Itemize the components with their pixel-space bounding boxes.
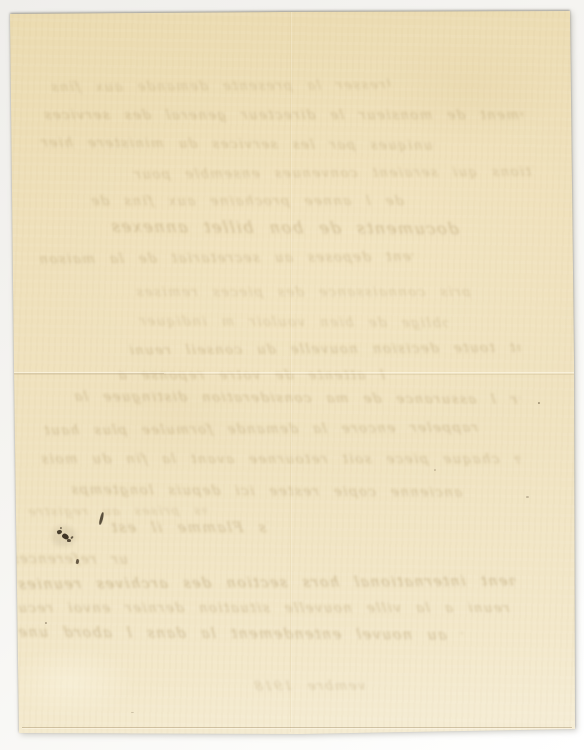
showthrough-line: notes prises au registre xyxy=(27,503,207,524)
showthrough-line: apres avoir pris connaissance des pieces… xyxy=(135,285,470,305)
ink-speck xyxy=(52,526,76,546)
showthrough-line: pour la duree de l annee prochaine aux f… xyxy=(90,194,410,214)
showthrough-line: dans l attente de votre reponse a xyxy=(117,368,389,388)
showthrough-line: Jaguar au nouvel entendement la dans l a… xyxy=(17,624,462,647)
showthrough-line: pour references xyxy=(10,552,130,573)
showthrough-line: lesquels demeurent deposes au secretaria… xyxy=(38,250,413,273)
letter-paper: me permets de vous adresser la presente … xyxy=(0,0,584,750)
showthrough-line: je vous serais oblige de bien vouloir m … xyxy=(138,314,448,336)
ink-speck xyxy=(98,512,104,525)
showthrough-line: me permets de vous adresser la presente … xyxy=(50,78,390,100)
vertical-fold-crease xyxy=(290,12,292,732)
scan-background: me permets de vous adresser la presente … xyxy=(0,0,584,750)
showthrough-line: ancien bureau department international h… xyxy=(17,573,515,596)
showthrough-line: parvenu avant toute decision nouvelle du… xyxy=(128,341,520,364)
ink-speck xyxy=(45,622,47,624)
ink-speck xyxy=(70,536,74,540)
ink-speck xyxy=(76,559,80,564)
showthrough-line: suivant les conditions qui seraient conv… xyxy=(133,165,533,188)
ink-speck xyxy=(526,496,529,498)
horizontal-fold-crease xyxy=(14,372,574,375)
showthrough-line: veuillez agreer monsieur l assurance de … xyxy=(73,389,520,412)
ink-speck xyxy=(56,529,62,534)
ink-speck xyxy=(538,402,540,404)
showthrough-line: de grande ancienne copie restee ici depu… xyxy=(70,483,470,506)
ink-speck xyxy=(61,533,70,541)
ink-speck xyxy=(131,712,134,713)
showthrough-text-layer: me permets de vous adresser la presente … xyxy=(0,0,584,750)
showthrough-line: mais Flamme il est xyxy=(110,520,268,540)
showthrough-line: permettez moi de rappeler encore la dema… xyxy=(43,420,480,443)
ink-speck xyxy=(434,469,436,471)
showthrough-line: concernant les dispositions du reglement… xyxy=(43,108,523,128)
showthrough-line: il conviendrait toutefois que chaque pie… xyxy=(40,452,520,472)
showthrough-line: renseignements communiques par les servi… xyxy=(40,136,435,159)
ink-marks-layer xyxy=(0,0,584,750)
showthrough-line: secretariat reuni a la ville nouvelle si… xyxy=(17,601,514,621)
bottom-edge-crease xyxy=(22,727,572,729)
ink-speck xyxy=(60,527,62,529)
showthrough-line: ainsi que les documents de bon billet an… xyxy=(110,217,475,240)
ink-speck xyxy=(67,539,71,542)
paper-shadow: me permets de vous adresser la presente … xyxy=(0,0,584,750)
showthrough-line: novembre 1918 xyxy=(253,679,365,700)
